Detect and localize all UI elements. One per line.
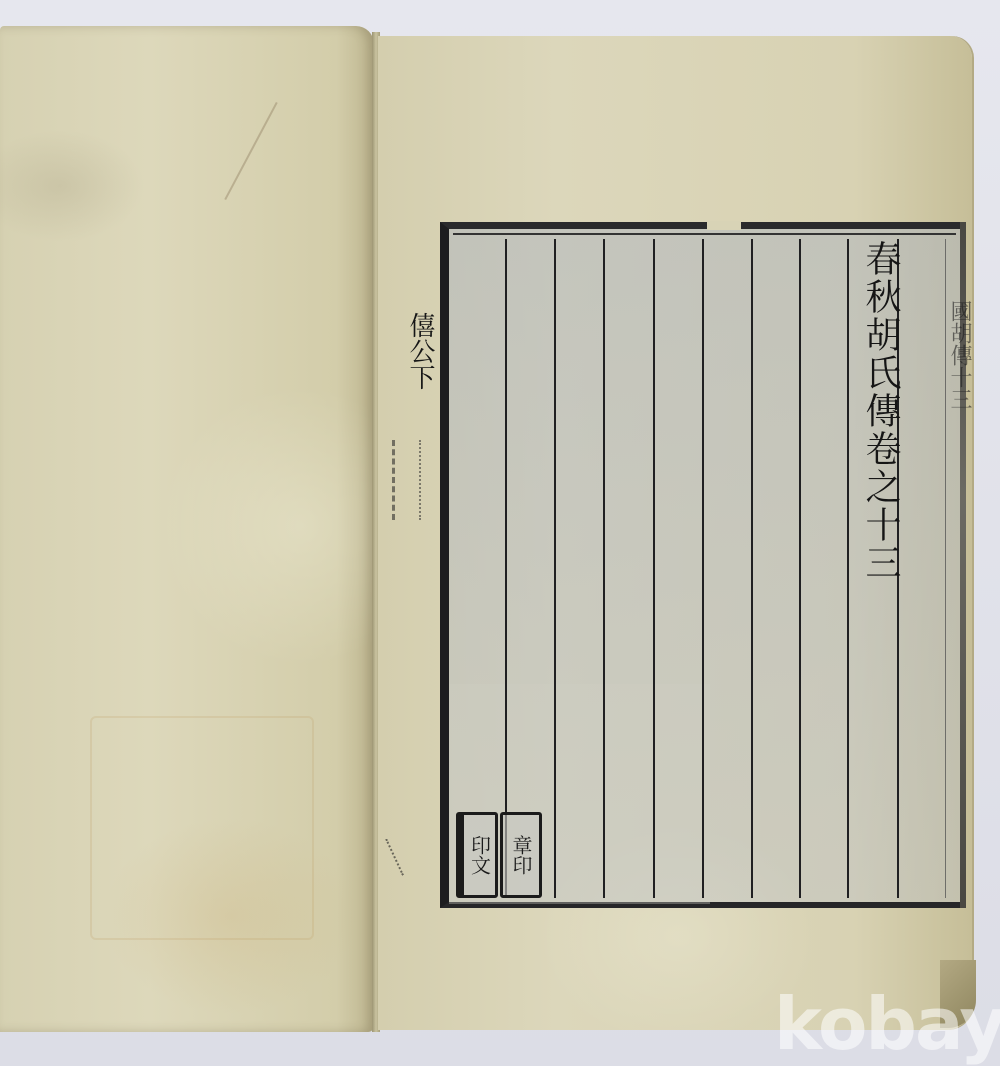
column-line bbox=[554, 239, 556, 898]
column-line bbox=[702, 239, 704, 898]
left-page bbox=[0, 26, 374, 1032]
margin-label: 僖公下 bbox=[404, 312, 436, 390]
column-line bbox=[751, 239, 753, 898]
volume-title: 春秋胡氏傳卷之十三 bbox=[846, 240, 900, 582]
frame-top-gap bbox=[707, 221, 741, 230]
ink-marks bbox=[392, 440, 421, 520]
paper-stain bbox=[90, 716, 314, 940]
column-line bbox=[603, 239, 605, 898]
frame-inner-top-line bbox=[453, 233, 956, 235]
column-line bbox=[653, 239, 655, 898]
seal-stamp: 印文 bbox=[456, 812, 498, 898]
seal-stamp: 章印 bbox=[500, 812, 542, 898]
column-line bbox=[505, 239, 507, 898]
column-line bbox=[799, 239, 801, 898]
bleed-through-text: 國胡傳十三 bbox=[944, 300, 975, 410]
watermark-logo: kobay bbox=[774, 982, 1000, 1066]
paper-crease bbox=[224, 102, 277, 200]
